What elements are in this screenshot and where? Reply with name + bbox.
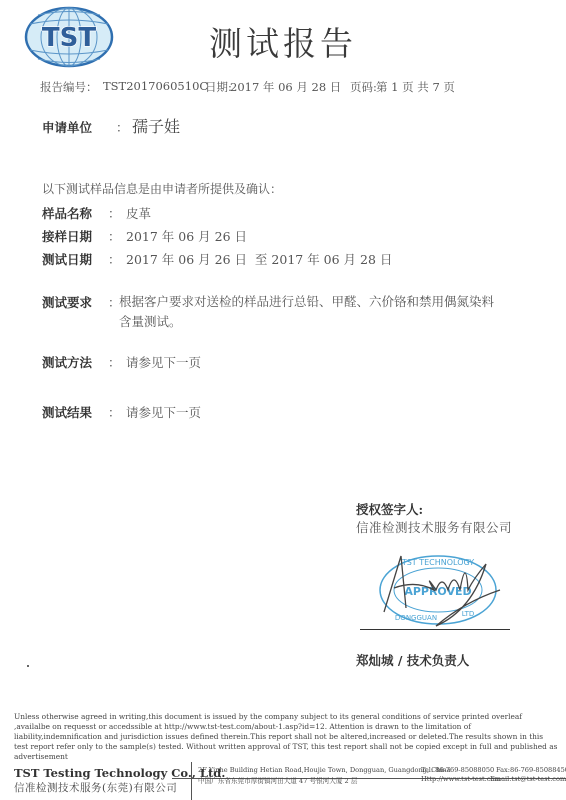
footer-address-cn: 中国广东省东莞市厚街镇河田大道 47 号银河大厦 2 层 (198, 775, 357, 785)
applicant-row: 申请单位：孺子娃 (42, 114, 180, 137)
svg-text:APPROVED: APPROVED (404, 585, 471, 598)
test-method-label: 测试方法 (42, 353, 108, 371)
page-label: 页码: (350, 79, 377, 95)
applicant-value: 孺子娃 (132, 117, 180, 136)
footer-company-cn: 信准检测技术服务(东莞)有限公司 (14, 780, 177, 795)
report-date: 2017 年 06 月 28 日 (230, 79, 341, 95)
speck (27, 665, 29, 667)
receipt-date-value: 2017 年 06 月 26 日 (126, 229, 247, 244)
test-date-label: 测试日期 (42, 250, 108, 268)
footer-email-link[interactable]: Email:tst@tst-test.com (490, 775, 566, 783)
receipt-date-row: 接样日期：2017 年 06 月 26 日 (42, 226, 247, 245)
sample-name-label: 样品名称 (42, 204, 108, 222)
authorized-signatory-label: 授权签字人: (356, 500, 423, 518)
signature-line (360, 629, 510, 630)
sample-name-row: 样品名称：皮革 (42, 203, 151, 222)
test-date-value: 2017 年 06 月 26 日 至 2017 年 06 月 28 日 (126, 252, 392, 267)
stamp-icon: TST TECHNOLOGY APPROVED DONGGUAN LTD (376, 550, 501, 630)
test-result-value: 请参见下一页 (126, 405, 201, 420)
svg-text:DONGGUAN: DONGGUAN (395, 614, 437, 622)
sample-name-value: 皮革 (126, 206, 151, 221)
colon: ： (108, 403, 126, 421)
test-method-row: 测试方法：请参见下一页 (42, 352, 201, 371)
colon: ： (108, 250, 126, 268)
footer-fax: Fax:86-769-85088450 (496, 766, 566, 774)
footer-website-link[interactable]: Http://www.tst-test.com (421, 775, 501, 783)
legal-disclaimer: Unless otherwise agreed in writing,this … (14, 712, 559, 762)
svg-text:TST TECHNOLOGY: TST TECHNOLOGY (401, 558, 474, 567)
test-result-label: 测试结果 (42, 403, 108, 421)
test-requirements-value: 根据客户要求对送检的样品进行总铅、甲醛、六价铬和禁用偶氮染料含量测试。 (119, 292, 499, 332)
receipt-date-label: 接样日期 (42, 227, 108, 245)
report-number: TST2017060510C (103, 79, 208, 93)
test-date-row: 测试日期：2017 年 06 月 26 日 至 2017 年 06 月 28 日 (42, 249, 392, 268)
signatory-company: 信准检测技术服务有限公司 (356, 518, 512, 536)
page-title: 测试报告 (0, 18, 566, 65)
svg-text:LTD: LTD (462, 610, 475, 618)
footer-address-en: 2F Yinhe Building Hetian Road,Houjie Tow… (198, 766, 451, 774)
test-requirements-row: 测试要求： (42, 292, 126, 311)
colon: ： (108, 118, 132, 136)
colon: ： (108, 353, 126, 371)
approval-stamp: TST TECHNOLOGY APPROVED DONGGUAN LTD (376, 550, 501, 630)
footer-divider-vertical (191, 762, 192, 800)
test-requirements-label: 测试要求 (42, 293, 108, 311)
test-method-value: 请参见下一页 (126, 355, 201, 370)
sample-info-intro: 以下测试样品信息是由申请者所提供及确认： (42, 180, 282, 197)
page-number: 第 1 页 共 7 页 (376, 79, 455, 95)
date-label: 日期: (205, 79, 232, 95)
applicant-label: 申请单位 (42, 118, 108, 136)
test-result-row: 测试结果：请参见下一页 (42, 402, 201, 421)
colon: ： (108, 204, 126, 222)
footer-tel: Tel: 86-769-85088050 (421, 766, 494, 774)
colon: ： (108, 227, 126, 245)
signer-name-title: 郑灿城 / 技术负责人 (356, 651, 469, 669)
report-number-label: 报告编号： (40, 79, 98, 95)
